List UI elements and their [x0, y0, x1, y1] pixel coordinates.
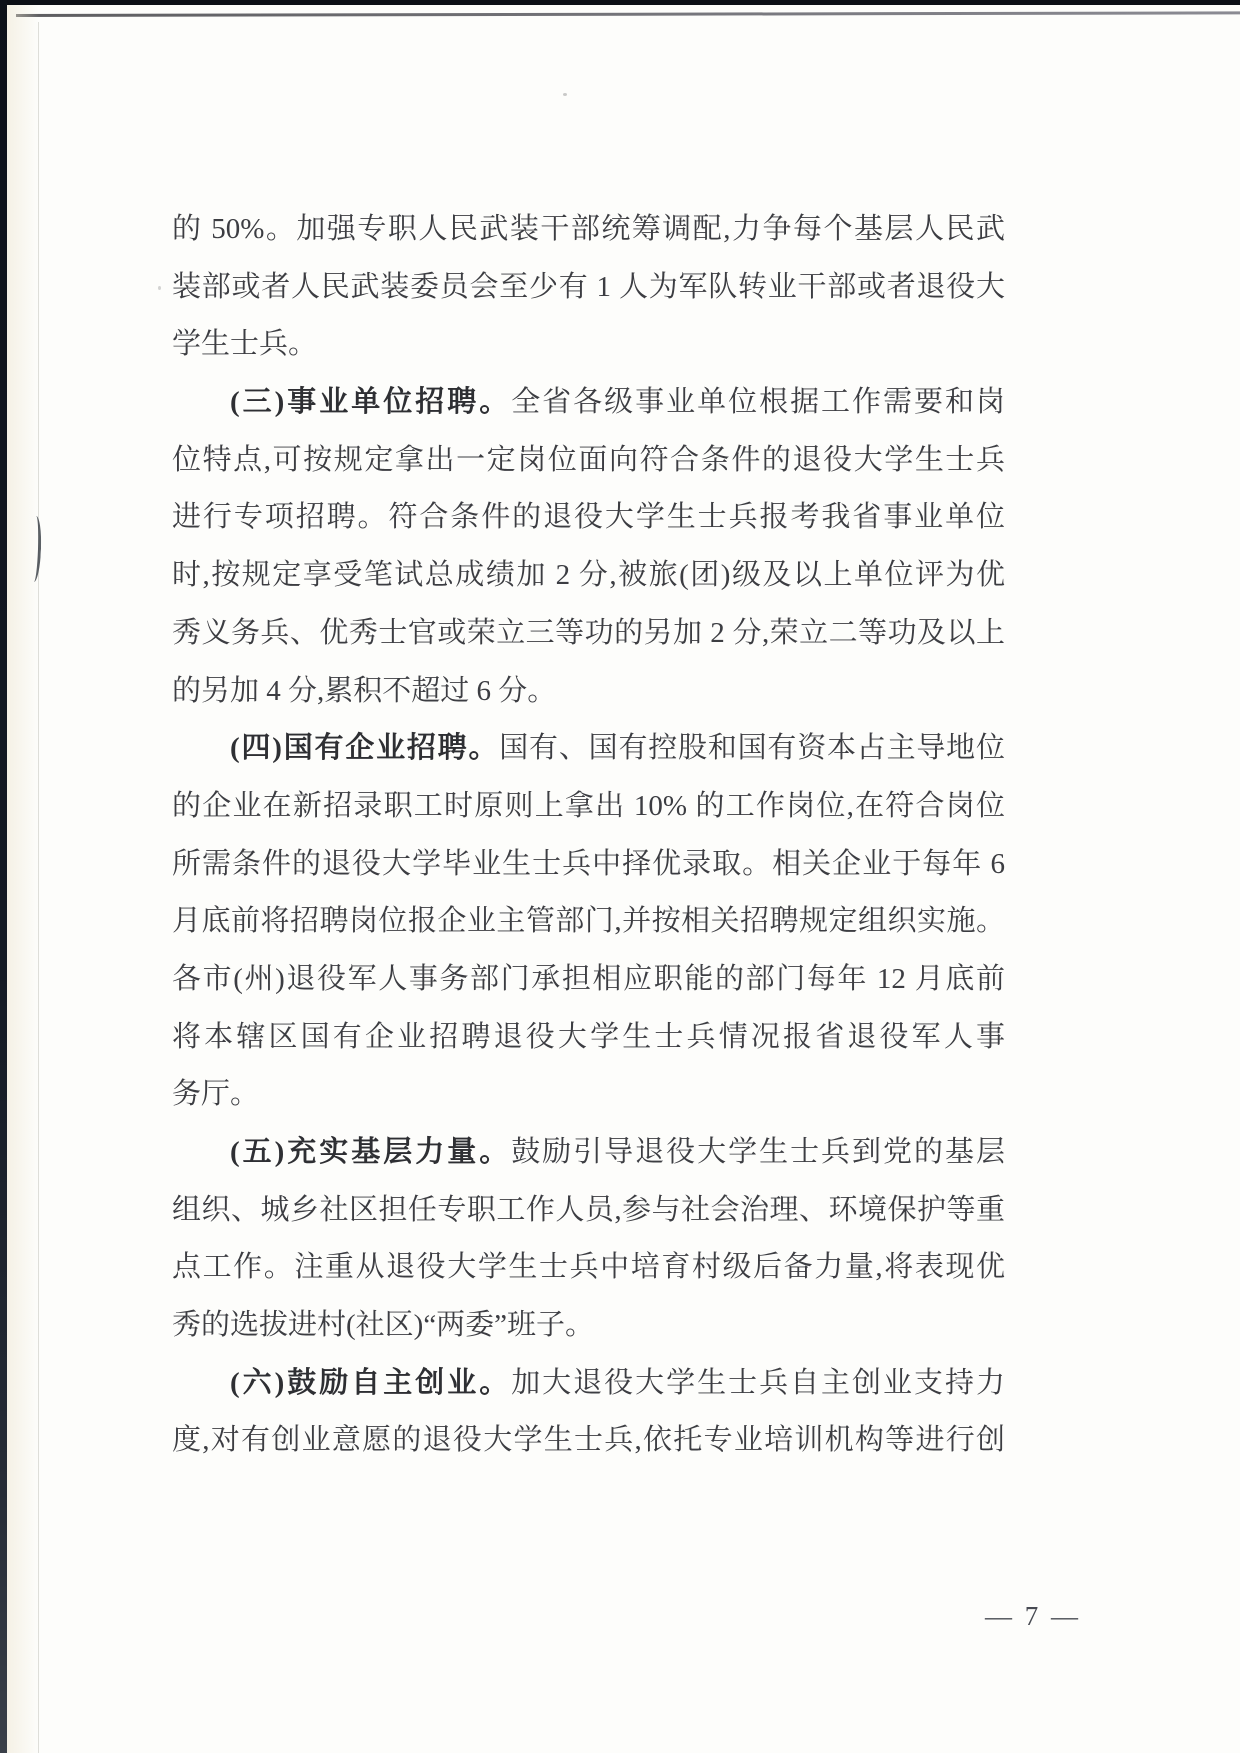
text-line: 将本辖区国有企业招聘退役大学生士兵情况报省退役军人事: [172, 1009, 1005, 1067]
left-margin-tint: [7, 5, 39, 1753]
paper-crease: [38, 22, 39, 1753]
text-line: 装部或者人民武装委员会至少有 1 人为军队转业干部或者退役大: [172, 259, 1005, 317]
scan-left-edge: [0, 0, 7, 1753]
paragraph-heading: (六)鼓励自主创业。: [230, 1367, 511, 1399]
text-line: 进行专项招聘。符合条件的退役大学生士兵报考我省事业单位: [172, 489, 1005, 547]
paragraph-heading: (四)国有企业招聘。: [230, 732, 499, 764]
document-body: 的 50%。加强专职人民武装干部统筹调配,力争每个基层人民武装部或者人民武装委员…: [172, 201, 1005, 1470]
text-line: 度,对有创业意愿的退役大学生士兵,依托专业培训机构等进行创: [172, 1412, 1005, 1470]
text-line: (六)鼓励自主创业。加大退役大学生士兵自主创业支持力: [172, 1355, 1005, 1413]
binding-mark: [30, 516, 42, 582]
paragraph-heading: (三)事业单位招聘。: [230, 386, 511, 418]
paragraph-heading: (五)充实基层力量。: [230, 1136, 511, 1168]
text-line: 务厅。: [172, 1066, 1005, 1124]
text-line: 的企业在新招录职工时原则上拿出 10% 的工作岗位,在符合岗位: [172, 778, 1005, 836]
text-line: 秀的选拔进村(社区)“两委”班子。: [172, 1297, 1005, 1355]
text-line: 秀义务兵、优秀士官或荣立三等功的另加 2 分,荣立二等功及以上: [172, 605, 1005, 663]
text-line: (四)国有企业招聘。国有、国有控股和国有资本占主导地位: [172, 720, 1005, 778]
text-line: (三)事业单位招聘。全省各级事业单位根据工作需要和岗: [172, 374, 1005, 432]
text-line: 月底前将招聘岗位报企业主管部门,并按相关招聘规定组织实施。: [172, 893, 1005, 951]
text-line: 各市(州)退役军人事务部门承担相应职能的部门每年 12 月底前: [172, 951, 1005, 1009]
text-line: 时,按规定享受笔试总成绩加 2 分,被旅(团)级及以上单位评为优: [172, 547, 1005, 605]
text-line: 的另加 4 分,累积不超过 6 分。: [172, 663, 1005, 721]
text-line: (五)充实基层力量。鼓励引导退役大学生士兵到党的基层: [172, 1124, 1005, 1182]
scan-speck: [563, 93, 567, 96]
text-line: 所需条件的退役大学毕业生士兵中择优录取。相关企业于每年 6: [172, 836, 1005, 894]
page-number: — 7 —: [985, 1601, 1081, 1632]
scan-top-edge: [0, 0, 1240, 5]
text-line: 位特点,可按规定拿出一定岗位面向符合条件的退役大学生士兵: [172, 432, 1005, 490]
text-line: 点工作。注重从退役大学生士兵中培育村级后备力量,将表现优: [172, 1239, 1005, 1297]
text-line: 的 50%。加强专职人民武装干部统筹调配,力争每个基层人民武: [172, 201, 1005, 259]
scan-speck: [158, 286, 161, 290]
scanned-document-page: { "page": { "number_label": "— 7 —" }, "…: [0, 0, 1240, 1753]
text-line: 组织、城乡社区担任专职工作人员,参与社会治理、环境保护等重: [172, 1182, 1005, 1240]
text-line: 学生士兵。: [172, 316, 1005, 374]
scan-rule-line: [16, 11, 1240, 16]
